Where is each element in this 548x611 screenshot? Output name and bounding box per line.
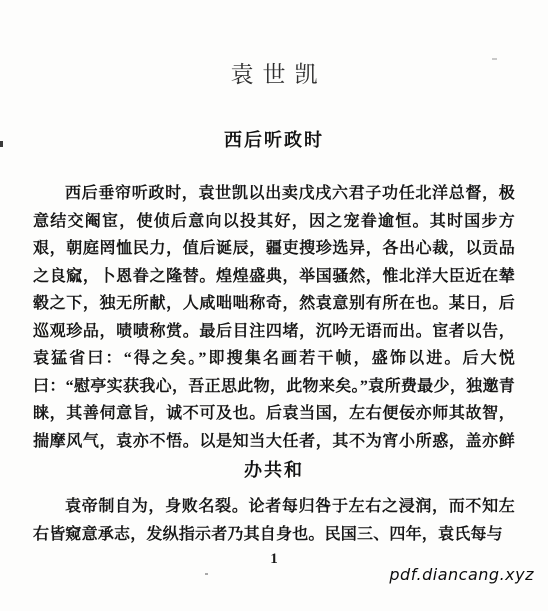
scan-artifact-speck [0, 141, 3, 147]
scanned-book-page: 袁世凯 西后听政时 西后垂帘听政时，袁世凯以出卖戊戌六君子功任北洋总督，极意结交… [0, 0, 548, 611]
scan-artifact-speck [205, 573, 208, 575]
section-heading-ban-gonghe: 办共和 [0, 460, 548, 481]
section-heading-xihou-tingzheng: 西后听政时 [0, 130, 548, 151]
paragraph-ban-gonghe: 袁帝制自为，身败名裂。论者每归咎于左右之浸润，而不知左右皆窥意承志，发纵指示者乃… [33, 493, 515, 548]
page-title: 袁世凯 [0, 61, 548, 88]
watermark-url: pdf.diancang.xyz [389, 565, 534, 584]
paragraph-xihou-tingzheng: 西后垂帘听政时，袁世凯以出卖戊戌六君子功任北洋总督，极意结交阉宦，使侦后意向以投… [33, 180, 515, 456]
scan-artifact-speck [492, 58, 497, 60]
